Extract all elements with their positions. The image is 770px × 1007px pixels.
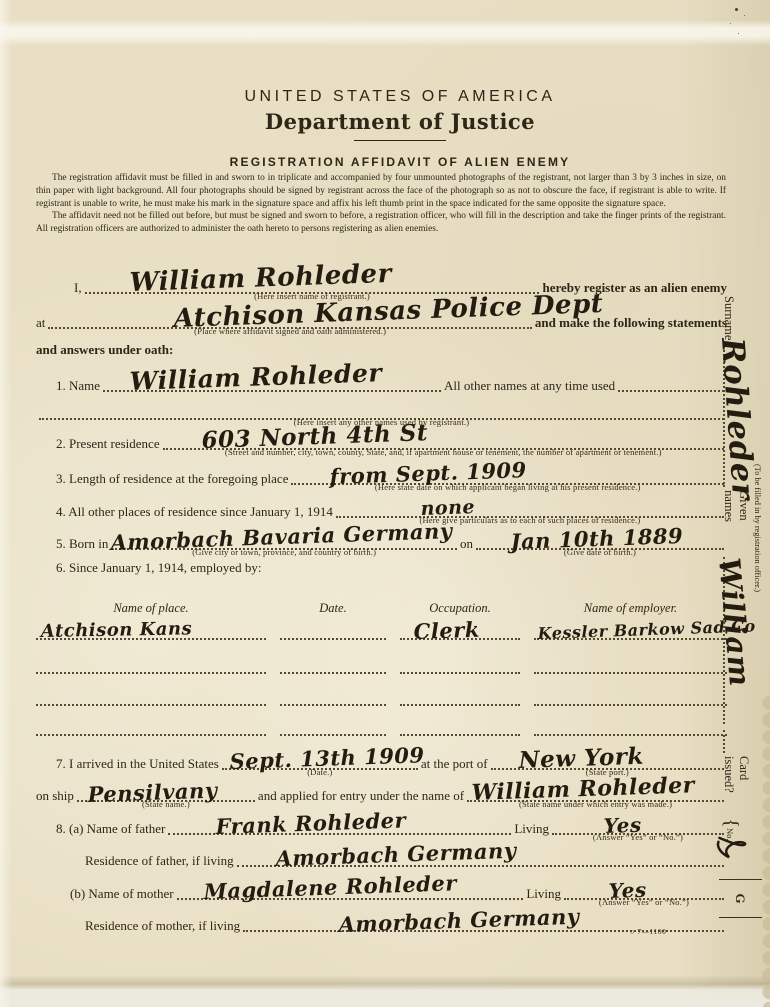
- q5-on-label: on: [460, 536, 473, 554]
- q6-label: 6. Since January 1, 1914, employed by:: [56, 560, 261, 578]
- q7-port-field: New York (State port.): [491, 762, 724, 770]
- header-rule: [354, 140, 446, 141]
- ship-caption: (State name.): [142, 799, 190, 809]
- mother-name-field: Magdalene Rohleder: [177, 892, 524, 900]
- q8b-row: (b) Name of mother Magdalene Rohleder Li…: [70, 880, 727, 904]
- surname-field: Rohleder: [723, 343, 731, 487]
- employment-row-2: [36, 656, 727, 674]
- q5-row: 5. Born in Amorbach Bavaria Germany (Giv…: [56, 530, 727, 554]
- q1-name-field: William Rohleder: [103, 384, 441, 392]
- q5-birthdate-field: Jan 10th 1889 (Give date of birth.): [476, 542, 724, 550]
- q1-continuation-line: (Here insert any other names used by reg…: [39, 412, 724, 420]
- document-header: UNITED STATES OF AMERICA Department of J…: [60, 88, 740, 169]
- instructions: The registration affidavit must be fille…: [36, 172, 726, 236]
- employment-r4-occupation: [400, 728, 520, 736]
- q3-caption: (Here state date on which applicant bega…: [375, 482, 641, 492]
- q7-ship-row: on ship Pensilvany (State name.) and app…: [36, 782, 727, 806]
- surname-label: Surname: [719, 296, 736, 340]
- brace-glyph: {: [719, 818, 742, 828]
- q1-other-names-field: [618, 384, 724, 392]
- entry-name-field: William Rohleder (State name under which…: [467, 794, 724, 802]
- entry-label: and applied for entry under the name of: [258, 788, 464, 806]
- employment-r2-place: [36, 666, 266, 674]
- q2-caption: (Street and number, city, town, county, …: [225, 447, 662, 457]
- col-header-employer: Name of employer.: [534, 601, 727, 616]
- q7-row: 7. I arrived in the United States Sept. …: [56, 750, 727, 774]
- q4-row: 4. All other places of residence since J…: [56, 498, 727, 522]
- employment-r4-date: [280, 728, 386, 736]
- mother-name-handwriting: Magdalene Rohleder: [204, 872, 458, 902]
- employment-r1-place-handwriting: Atchison Kans: [40, 620, 192, 641]
- employment-r2-date: [280, 666, 386, 674]
- q5-label: 5. Born in: [56, 536, 108, 554]
- mother-residence-label: Residence of mother, if living: [85, 918, 240, 936]
- q8a-label: 8. (a) Name of father: [56, 821, 165, 839]
- q3-field: from Sept. 1909 (Here state date on whic…: [291, 477, 724, 485]
- employment-r1-occupation-handwriting: Clerk: [414, 619, 481, 642]
- given-names-handwriting: William: [714, 556, 754, 687]
- q6-row: 6. Since January 1, 1914, employed by:: [56, 562, 261, 578]
- q4-label: 4. All other places of residence since J…: [56, 504, 333, 522]
- country-title: UNITED STATES OF AMERICA: [60, 88, 740, 106]
- card-issued-mark: [715, 834, 749, 863]
- q8b-label: (b) Name of mother: [70, 886, 174, 904]
- q4-field: none (Here give particulars as to each o…: [336, 510, 724, 518]
- scanned-affidavit-page: UNITED STATES OF AMERICA Department of J…: [0, 0, 770, 1007]
- q1-continuation-row: (Here insert any other names used by reg…: [36, 404, 727, 420]
- father-living-field: Yes (Answer “Yes” or “No.”): [552, 827, 724, 835]
- surname-handwriting: Rohleder: [716, 337, 758, 501]
- mother-living-field: Yes (Answer “Yes” or “No.”): [564, 892, 724, 900]
- q5-birthdate-caption: (Give date of birth.): [564, 547, 636, 557]
- q1-right-label: All other names at any time used: [444, 378, 615, 396]
- instructions-paragraph-1: The registration affidavit must be fille…: [36, 172, 726, 210]
- employment-r2-employer: [534, 666, 727, 674]
- father-name-handwriting: Frank Rohleder: [216, 809, 407, 837]
- place-caption: (Place where affidavit signed and oath a…: [194, 326, 386, 336]
- q8a-living-caption: (Answer “Yes” or “No.”): [593, 832, 683, 842]
- employment-row-3: [36, 688, 727, 706]
- card-issued-label: Card issued?: [719, 756, 751, 818]
- q8a-living-label: Living: [514, 821, 549, 839]
- q7-port-label: at the port of: [421, 756, 488, 774]
- q7-label: 7. I arrived in the United States: [56, 756, 219, 774]
- q3-label: 3. Length of residence at the foregoing …: [56, 471, 288, 489]
- form-print-number: ○ 7—1100: [630, 927, 666, 936]
- q5-birthplace-caption: (Give city or town, province, and countr…: [192, 547, 376, 557]
- preamble-name-row: I, William Rohleder (Here insert name of…: [74, 272, 727, 298]
- q1-label: 1. Name: [56, 378, 100, 396]
- employment-r3-place: [36, 698, 266, 706]
- employment-r4-place: [36, 728, 266, 736]
- father-name-field: Frank Rohleder: [168, 827, 511, 835]
- q8a-row: 8. (a) Name of father Frank Rohleder Liv…: [56, 815, 727, 839]
- employment-r1-date: [280, 632, 386, 640]
- father-residence-row: Residence of father, if living Amorbach …: [85, 847, 727, 871]
- oath-text: and answers under oath:: [36, 342, 173, 360]
- col-header-occupation: Occupation.: [400, 601, 520, 616]
- employment-r1-place: Atchison Kans: [36, 632, 266, 640]
- employment-row-1: Atchison Kans Clerk Kessler Barkow Sad C…: [36, 620, 727, 642]
- employment-r3-date: [280, 698, 386, 706]
- paper-specks: [735, 8, 738, 11]
- given-names-field: William: [723, 557, 731, 724]
- q7-date-field: Sept. 13th 1909 (Date.): [222, 762, 418, 770]
- q5-birthplace-field: Amorbach Bavaria Germany (Give city or t…: [111, 542, 457, 550]
- ship-field: Pensilvany (State name.): [77, 794, 255, 802]
- father-residence-handwriting: Amorbach Germany: [275, 840, 516, 869]
- registration-officer-sidebar: (To be filled in by registration officer…: [714, 296, 762, 918]
- entry-name-caption: (State name under which entry was made.): [519, 799, 672, 809]
- mother-residence-handwriting: Amorbach Germany: [339, 906, 580, 935]
- sidebar-gap-line: [723, 730, 731, 753]
- employment-row-4: [36, 718, 727, 736]
- q4-caption: (Here give particulars as to each of suc…: [419, 515, 640, 525]
- employment-r2-occupation: [400, 666, 520, 674]
- at-label: at: [36, 315, 45, 333]
- q3-row: 3. Length of residence at the foregoing …: [56, 465, 727, 489]
- father-residence-field: Amorbach Germany: [237, 859, 724, 867]
- g-stamp-letter: G: [733, 894, 749, 904]
- q2-field: 603 North 4th St (Street and number, cit…: [163, 442, 724, 450]
- oath-text-row: and answers under oath:: [36, 344, 173, 360]
- q2-row: 2. Present residence 603 North 4th St (S…: [56, 430, 727, 454]
- employment-r1-employer: Kessler Barkow Sad Co: [534, 632, 727, 640]
- g-stamp-box: G: [719, 879, 762, 918]
- i-label: I,: [74, 280, 82, 298]
- preamble-place-row: at Atchison Kansas Police Dept (Place wh…: [36, 307, 727, 333]
- form-title: REGISTRATION AFFIDAVIT OF ALIEN ENEMY: [60, 155, 740, 169]
- q2-label: 2. Present residence: [56, 436, 160, 454]
- employment-r3-occupation: [400, 698, 520, 706]
- col-header-place: Name of place.: [36, 601, 266, 616]
- ship-label: on ship: [36, 788, 74, 806]
- father-residence-label: Residence of father, if living: [85, 853, 234, 871]
- place-field: Atchison Kansas Police Dept (Place where…: [48, 321, 532, 329]
- employment-r3-employer: [534, 698, 727, 706]
- employment-table-header: Name of place. Date. Occupation. Name of…: [36, 598, 727, 616]
- q1-row: 1. Name William Rohleder All other names…: [56, 372, 727, 396]
- employment-r4-employer: [534, 728, 727, 736]
- q7-date-caption: (Date.): [307, 767, 332, 777]
- instructions-paragraph-2: The affidavit need not be filled out bef…: [36, 210, 726, 236]
- q8b-living-label: Living: [526, 886, 561, 904]
- employment-r1-occupation: Clerk: [400, 632, 520, 640]
- col-header-date: Date.: [280, 601, 386, 616]
- q1-name-handwriting: William Rohleder: [129, 360, 382, 394]
- q8b-living-caption: (Answer “Yes” or “No.”): [599, 897, 689, 907]
- department-title: Department of Justice: [60, 109, 740, 134]
